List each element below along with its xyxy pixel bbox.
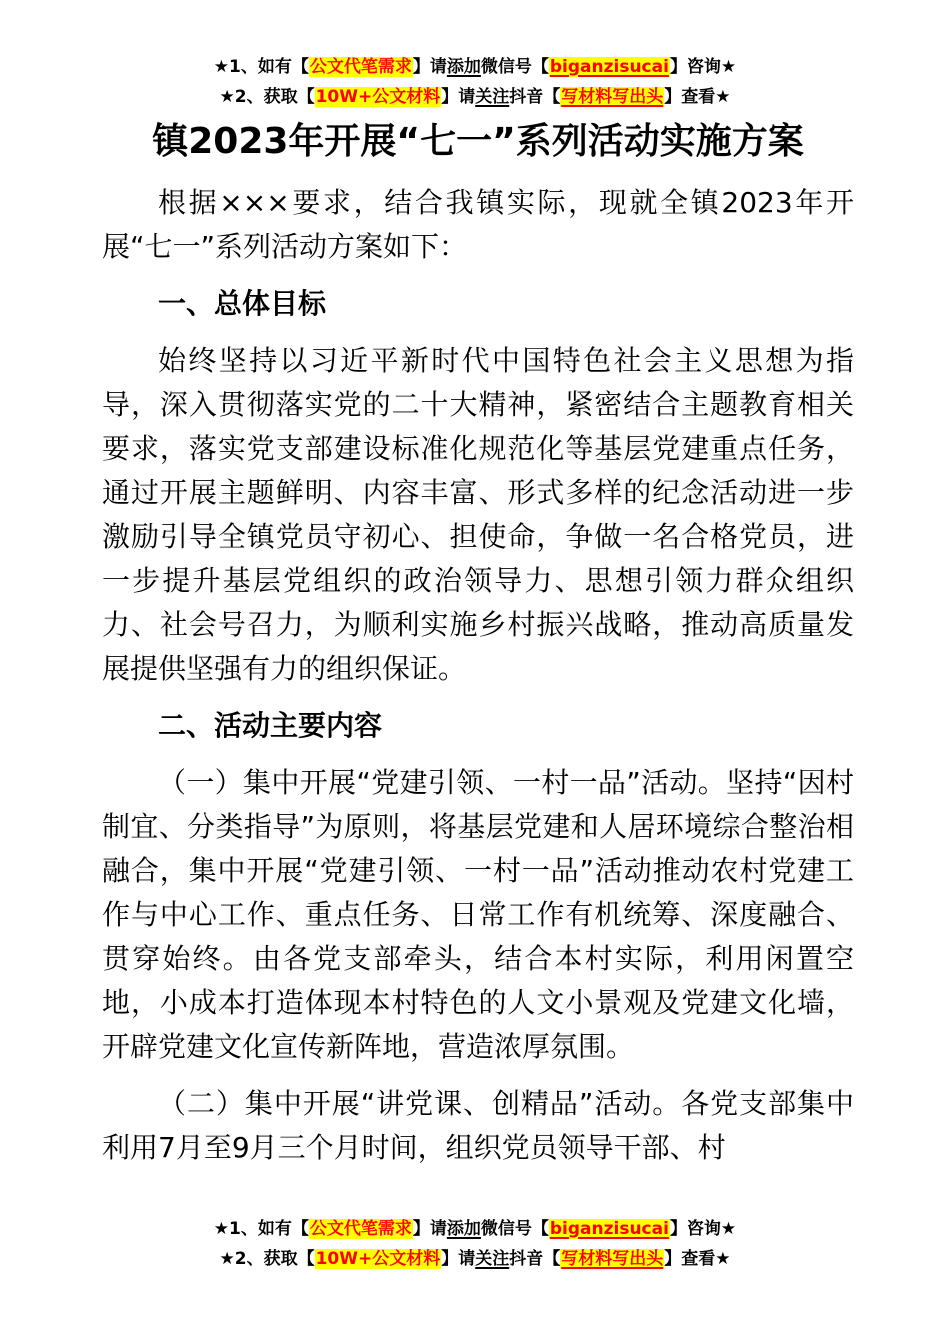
promo-suffix: 】查看★ <box>664 87 730 107</box>
promo-bracket-text: 】请 <box>413 1219 447 1239</box>
promo-action-underlined: 关注 <box>475 1249 509 1269</box>
promo-suffix: 】咨询★ <box>670 1219 736 1239</box>
promo-service-highlight: 公文代笔需求 <box>309 1219 413 1239</box>
header-promo-banner: ★1、如有【公文代笔需求】请添加微信号【biganzisucai】咨询★ ★2、… <box>0 52 950 112</box>
promo-channel-text: 微信号【 <box>481 57 549 77</box>
section-2-item-1-paragraph: （一）集中开展“党建引领、一村一品”活动。坚持“因村制宜、分类指导”为原则，将基… <box>102 761 854 1069</box>
promo-channel-text: 微信号【 <box>481 1219 549 1239</box>
promo-account-highlight: 写材料写出头 <box>560 1249 664 1269</box>
footer-promo-line-2: ★2、获取【10W+公文材料】请关注抖音【写材料写出头】查看★ <box>0 1244 950 1274</box>
promo-bracket-text: 】请 <box>441 1249 475 1269</box>
promo-bracket-text: 】请 <box>413 57 447 77</box>
section-2-item-2-paragraph-truncated: （二）集中开展“讲党课、创精品”活动。各党支部集中利用7月至9月三个月时间，组织… <box>102 1082 854 1170</box>
section-1-paragraph: 始终坚持以习近平新时代中国特色社会主义思想为指导，深入贯彻落实党的二十大精神，紧… <box>102 339 854 691</box>
promo-service-highlight: 10W+公文材料 <box>315 87 442 107</box>
document-content: 镇2023年开展“七一”系列活动实施方案 根据×××要求，结合我镇实际，现就全镇… <box>102 116 854 1206</box>
promo-prefix: ★2、获取【 <box>220 87 315 107</box>
promo-suffix: 】咨询★ <box>670 57 736 77</box>
section-2-heading: 二、活动主要内容 <box>102 704 854 748</box>
promo-service-highlight: 公文代笔需求 <box>309 57 413 77</box>
promo-channel-text: 抖音【 <box>509 87 560 107</box>
promo-service-highlight: 10W+公文材料 <box>315 1249 442 1269</box>
promo-prefix: ★1、如有【 <box>214 57 309 77</box>
intro-paragraph: 根据×××要求，结合我镇实际，现就全镇2023年开展“七一”系列活动方案如下： <box>102 181 854 269</box>
promo-suffix: 】查看★ <box>664 1249 730 1269</box>
header-promo-line-1: ★1、如有【公文代笔需求】请添加微信号【biganzisucai】咨询★ <box>0 52 950 82</box>
section-1-heading: 一、总体目标 <box>102 282 854 326</box>
promo-action-underlined: 添加 <box>447 57 481 77</box>
footer-promo-banner: ★1、如有【公文代笔需求】请添加微信号【biganzisucai】咨询★ ★2、… <box>0 1214 950 1274</box>
promo-action-underlined: 关注 <box>475 87 509 107</box>
promo-account-highlight: biganzisucai <box>549 57 670 77</box>
promo-bracket-text: 】请 <box>441 87 475 107</box>
document-page: ★1、如有【公文代笔需求】请添加微信号【biganzisucai】咨询★ ★2、… <box>0 0 950 1344</box>
promo-channel-text: 抖音【 <box>509 1249 560 1269</box>
promo-prefix: ★2、获取【 <box>220 1249 315 1269</box>
footer-promo-line-1: ★1、如有【公文代笔需求】请添加微信号【biganzisucai】咨询★ <box>0 1214 950 1244</box>
promo-account-highlight: 写材料写出头 <box>560 87 664 107</box>
promo-account-highlight: biganzisucai <box>549 1219 670 1239</box>
document-title: 镇2023年开展“七一”系列活动实施方案 <box>102 116 854 168</box>
header-promo-line-2: ★2、获取【10W+公文材料】请关注抖音【写材料写出头】查看★ <box>0 82 950 112</box>
promo-action-underlined: 添加 <box>447 1219 481 1239</box>
promo-prefix: ★1、如有【 <box>214 1219 309 1239</box>
